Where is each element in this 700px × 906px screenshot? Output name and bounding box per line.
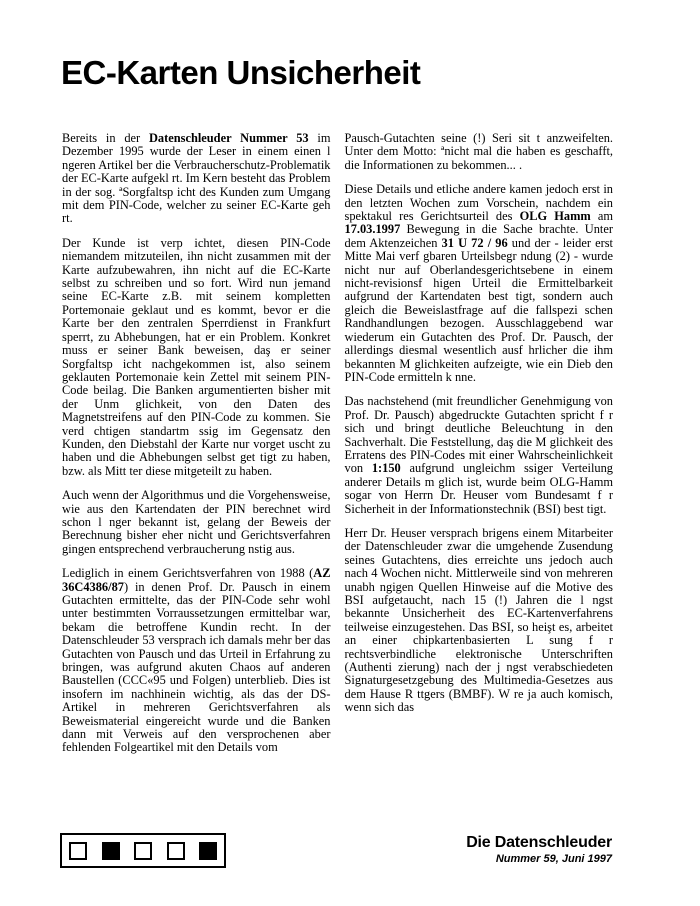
paragraph: Diese Details und etliche andere kamen j…: [345, 183, 614, 384]
publication-name: Die Datenschleuder: [466, 834, 612, 852]
paragraph: Pausch-Gutachten seine (!) Seri sit t an…: [345, 132, 614, 172]
print-registration-marks: [60, 833, 226, 868]
paragraph: Das nachstehend (mit freundlicher Genehm…: [345, 395, 614, 516]
article-body: Bereits in der Datenschleuder Nummer 53 …: [62, 132, 613, 766]
filled-square-mark: [102, 842, 120, 860]
left-column: Bereits in der Datenschleuder Nummer 53 …: [62, 132, 331, 766]
paragraph: Bereits in der Datenschleuder Nummer 53 …: [62, 132, 331, 226]
magazine-page: EC-Karten Unsicherheit Bereits in der Da…: [0, 0, 700, 906]
filled-square-mark: [199, 842, 217, 860]
outline-square-mark: [167, 842, 185, 860]
article-title: EC-Karten Unsicherheit: [61, 54, 420, 92]
issue-date: Nummer 59, Juni 1997: [466, 853, 612, 865]
outline-square-mark: [134, 842, 152, 860]
right-column: Pausch-Gutachten seine (!) Seri sit t an…: [345, 132, 614, 766]
outline-square-mark: [69, 842, 87, 860]
paragraph: Auch wenn der Algorithmus und die Vorgeh…: [62, 489, 331, 556]
paragraph: Der Kunde ist verp ichtet, diesen PIN-Co…: [62, 237, 331, 478]
paragraph: Herr Dr. Heuser versprach brigens einem …: [345, 527, 614, 715]
publication-footer: Die Datenschleuder Nummer 59, Juni 1997: [466, 834, 612, 865]
paragraph: Lediglich in einem Gerichtsverfahren von…: [62, 567, 331, 755]
